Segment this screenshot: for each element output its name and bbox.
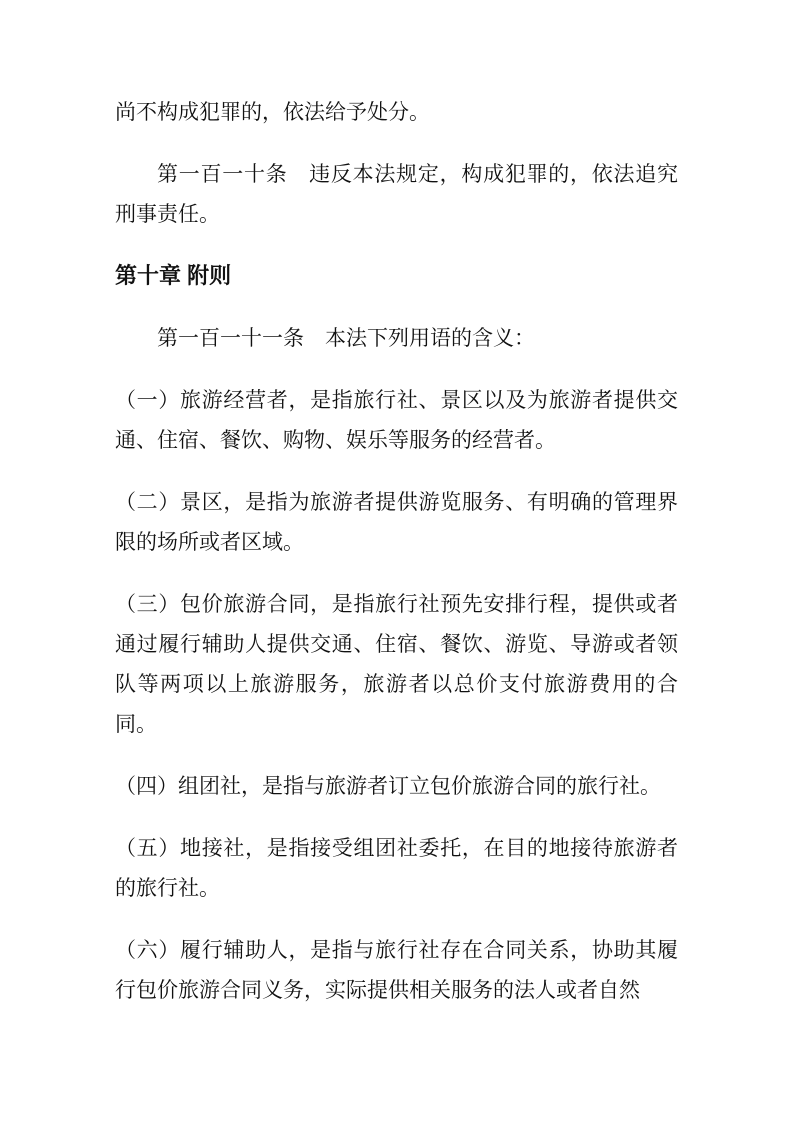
definition-item-5: （五）地接社，是指接受组团社委托，在目的地接待旅游者的旅行社。 — [115, 828, 678, 908]
paragraph-article-111: 第一百一十一条 本法下列用语的含义： — [115, 318, 678, 358]
definition-item-1: （一）旅游经营者，是指旅行社、景区以及为旅游者提供交通、住宿、餐饮、购物、娱乐等… — [115, 380, 678, 460]
definition-item-4: （四）组团社，是指与旅游者订立包价旅游合同的旅行社。 — [115, 766, 678, 806]
paragraph-article-110: 第一百一十条 违反本法规定，构成犯罪的，依法追究刑事责任。 — [115, 154, 678, 234]
chapter-10-heading: 第十章 附则 — [115, 256, 678, 296]
definition-item-2: （二）景区，是指为旅游者提供游览服务、有明确的管理界限的场所或者区域。 — [115, 482, 678, 562]
document-page: 尚不构成犯罪的，依法给予处分。 第一百一十条 违反本法规定，构成犯罪的，依法追究… — [0, 0, 793, 1122]
definition-item-6: （六）履行辅助人，是指与旅行社存在合同关系，协助其履行包价旅游合同义务，实际提供… — [115, 930, 678, 1010]
paragraph-penalty-continuation: 尚不构成犯罪的，依法给予处分。 — [115, 92, 678, 132]
definition-item-3: （三）包价旅游合同，是指旅行社预先安排行程，提供或者通过履行辅助人提供交通、住宿… — [115, 584, 678, 744]
